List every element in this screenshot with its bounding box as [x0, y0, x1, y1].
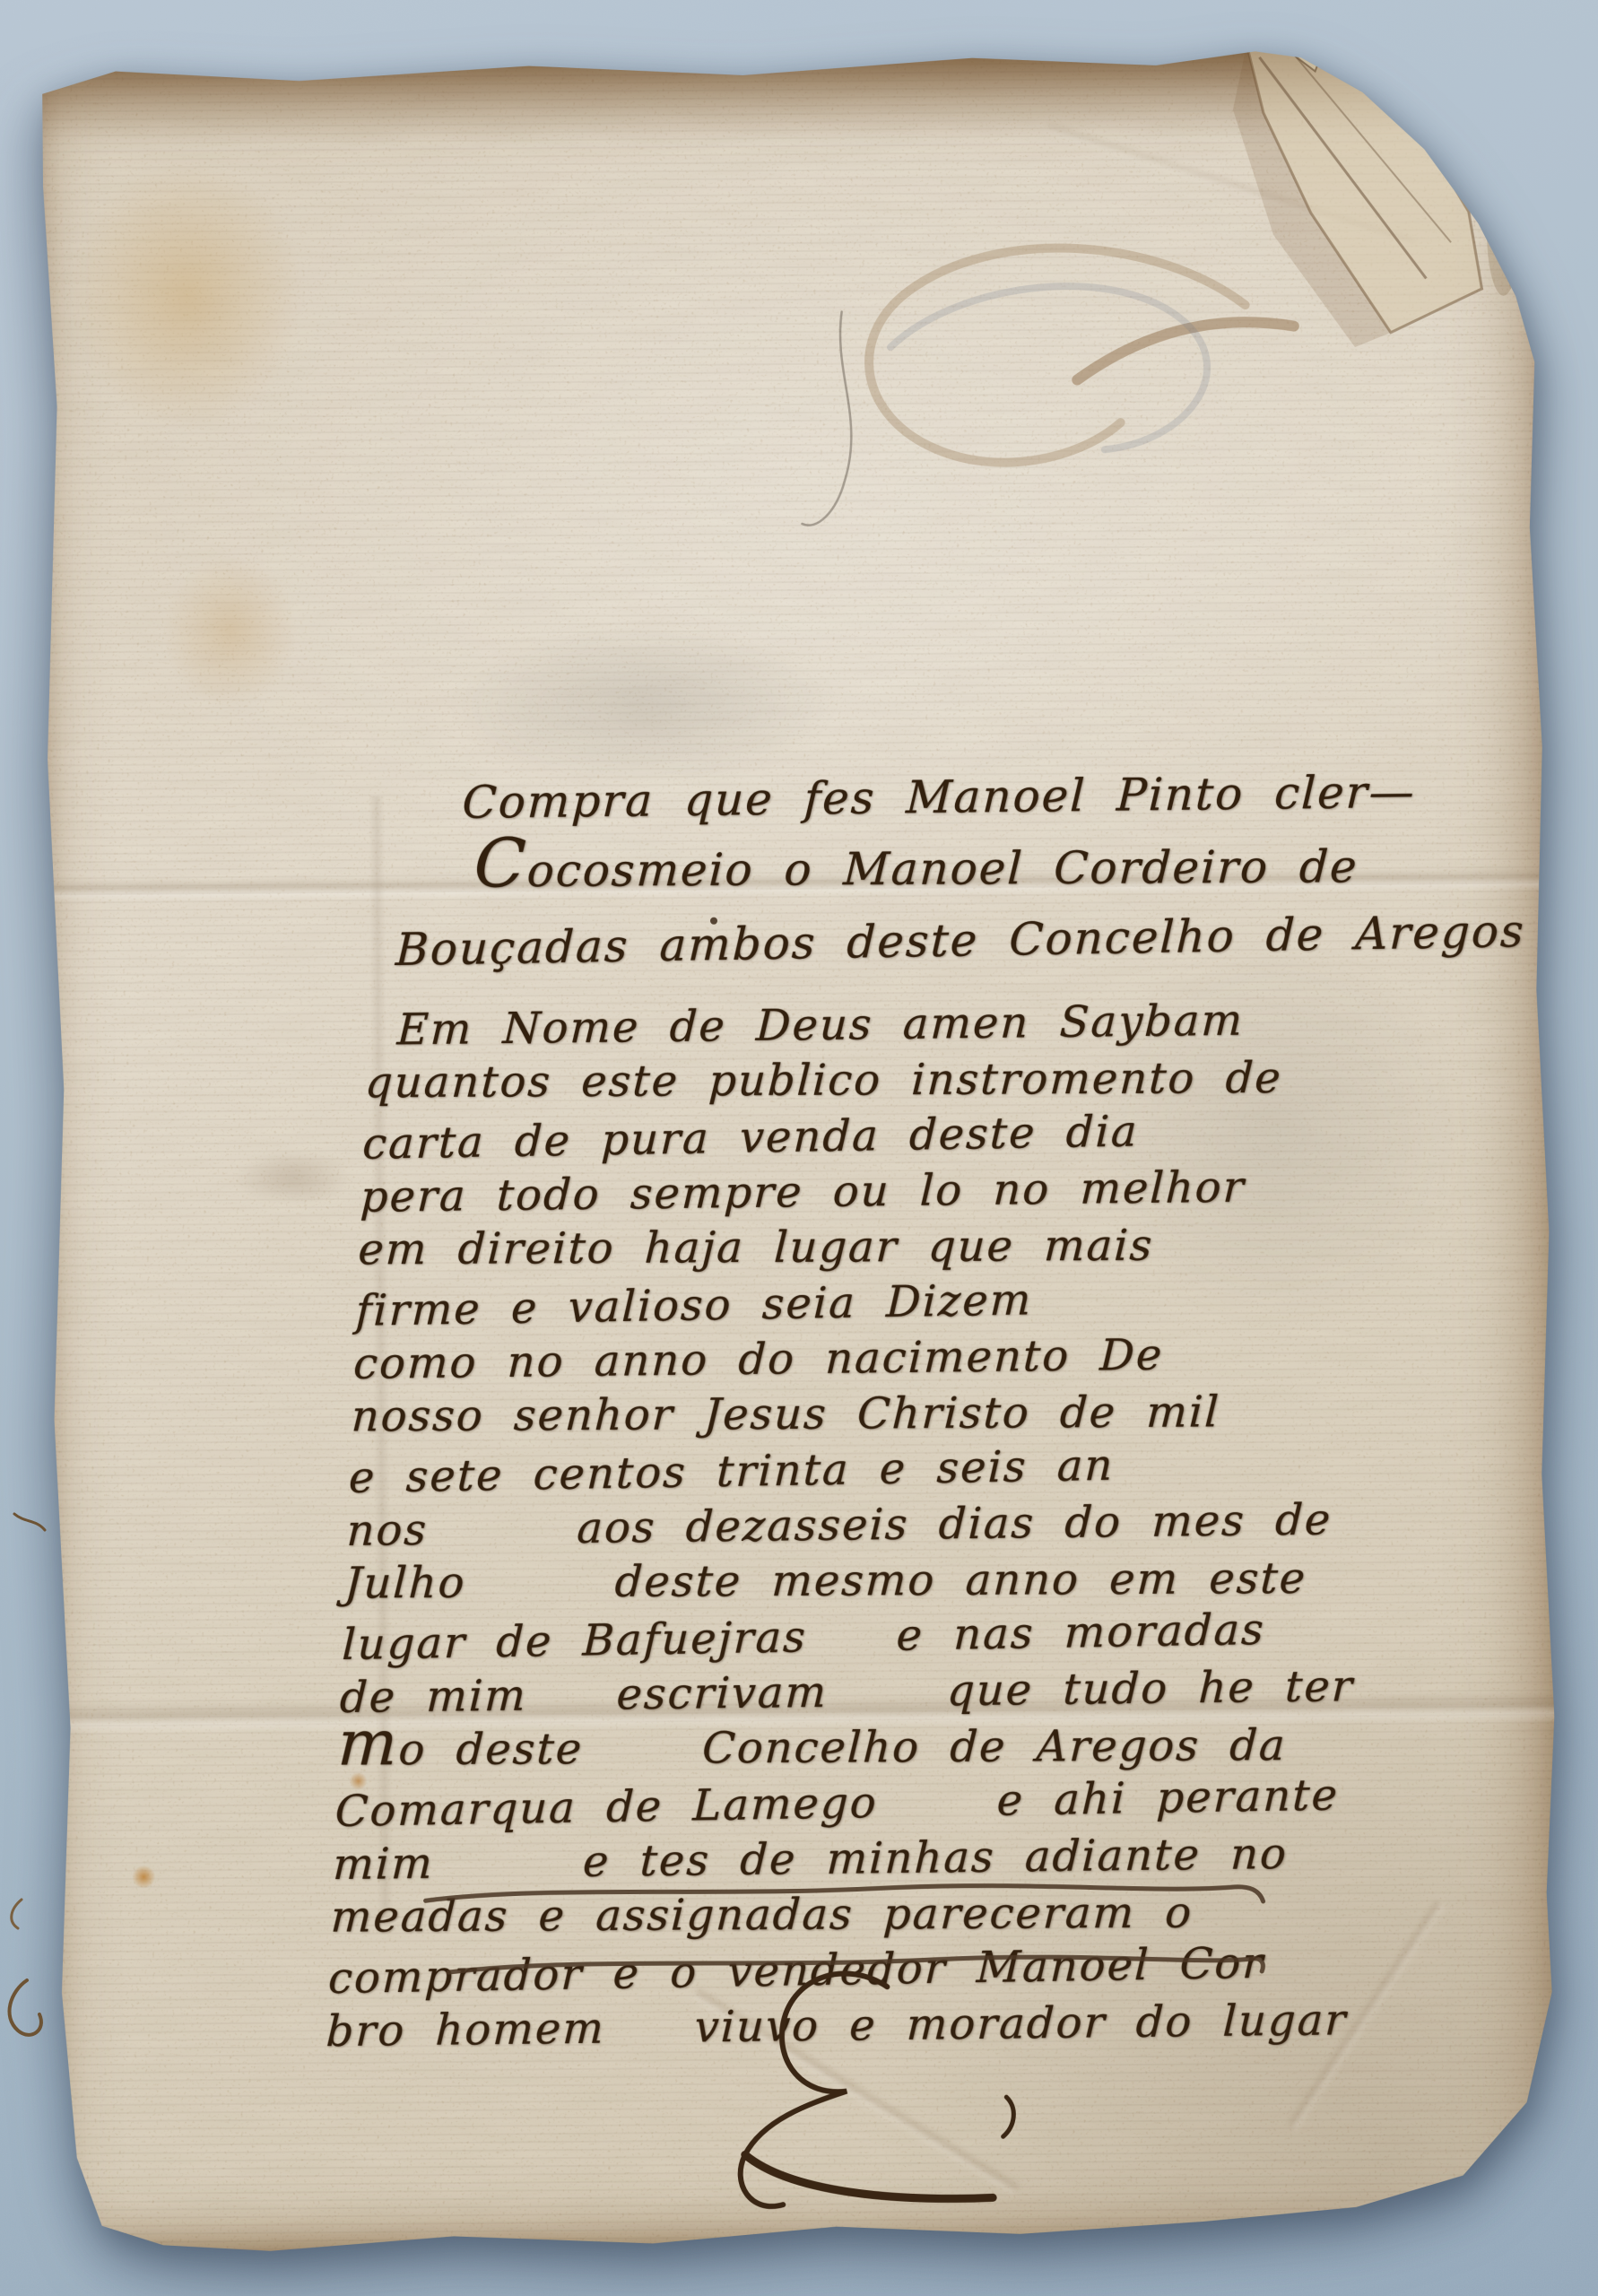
- manuscript-page-wrap: Compra que fes Manoel Pinto cler— Cocosm…: [23, 42, 1570, 2257]
- photo-canvas: Compra que fes Manoel Pinto cler— Cocosm…: [0, 0, 1598, 2296]
- body-text-line: como no anno do nacimento De: [352, 1325, 1376, 1392]
- body-text-block: Em Nome de Deus amen Saybamquantos este …: [325, 824, 1396, 2059]
- top-edge-browning: [23, 42, 1554, 161]
- body-text-line: nos aos dezasseis dias do mes de: [345, 1492, 1368, 1559]
- manuscript-page: Compra que fes Manoel Pinto cler— Cocosm…: [23, 42, 1570, 2257]
- body-text-line: bro homem viuvo e morador do lugar: [325, 1992, 1348, 2059]
- body-text-line: de mim escrivam que tudo he ter: [339, 1658, 1362, 1726]
- body-text-line: Em Nome de Deus amen Saybam: [366, 991, 1389, 1058]
- body-text-line: pera todo sempre ou lo no melhor: [360, 1158, 1383, 1225]
- body-text-line: mim e tes de minhas adiante no: [332, 1825, 1355, 1892]
